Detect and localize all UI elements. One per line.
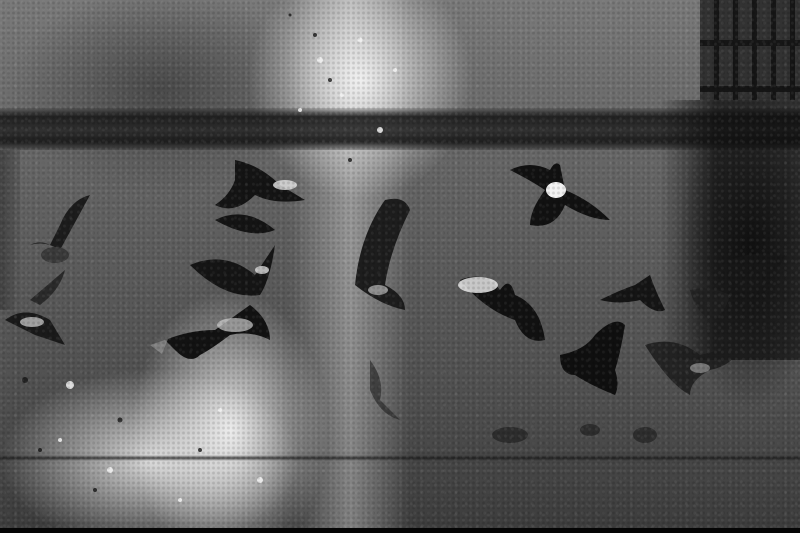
film-grain-overlay [0,0,800,533]
film-frame-edge [0,528,800,533]
photograph: Black-and-white film photograph of pigeo… [0,0,800,533]
